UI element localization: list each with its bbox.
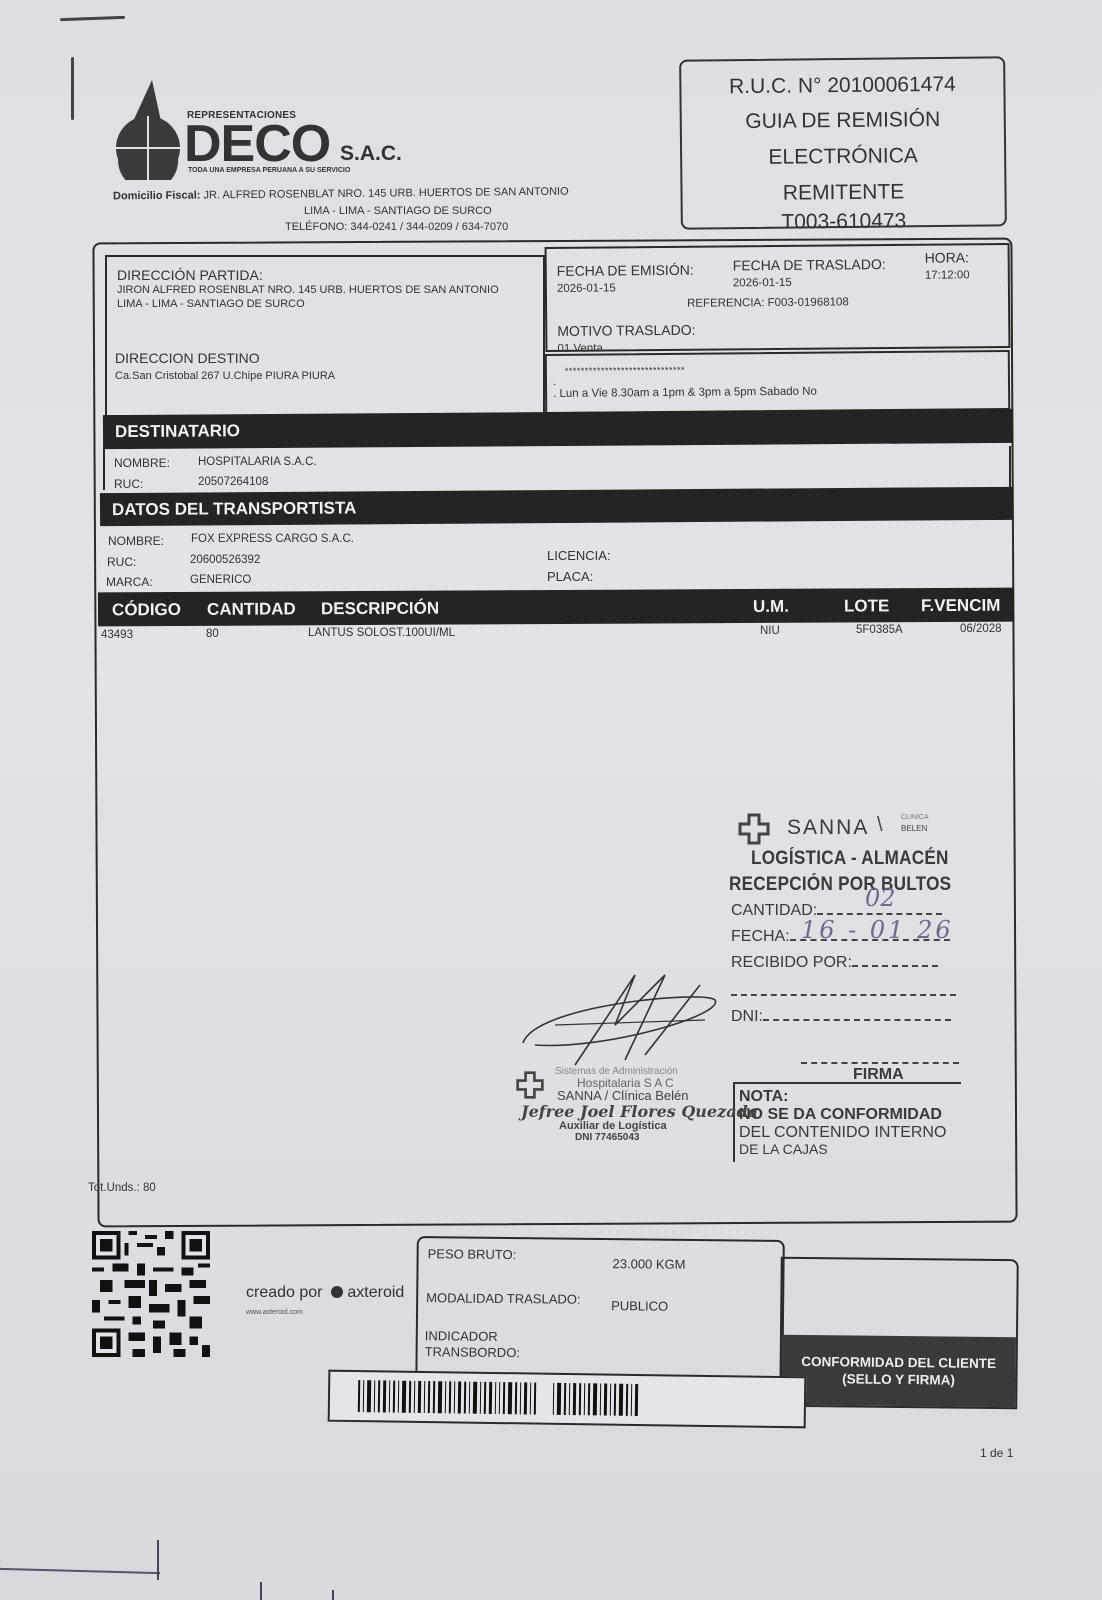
staple-mark (60, 16, 125, 21)
fiscal-address-line2: LIMA - LIMA - SANTIAGO DE SURCO (304, 205, 492, 217)
destino-value: Ca.San Cristobal 267 U.Chipe PIURA PIURA (115, 370, 335, 382)
destino-label: DIRECCION DESTINO (115, 350, 260, 366)
stamp-nota-line2: DEL CONTENIDO INTERNO (739, 1124, 946, 1142)
licencia-label: LICENCIA: (547, 548, 611, 563)
stamp-firma-line (801, 1062, 959, 1064)
emision-value: 2026-01-15 (557, 282, 616, 295)
stamp-brand: SANNA (787, 816, 869, 840)
stamp-nota-box: NOTA: NO SE DA CONFORMIDAD DEL CONTENIDO… (733, 1082, 961, 1162)
sig-name: Jefree Joel Flores Quezada (521, 1102, 758, 1121)
cell-vencim: 06/2028 (960, 623, 1002, 635)
document-page: REPRESENTACIONES DECO S.A.C. TODA UNA EM… (0, 0, 1102, 1600)
col-descripcion: DESCRIPCIÓN (321, 599, 439, 620)
col-lote: LOTE (844, 596, 889, 616)
drop-logo-icon (112, 80, 190, 180)
stamp-fecha-label: FECHA: (731, 928, 790, 945)
notes-stars: ****************************** (565, 365, 685, 376)
stamp-nota-line1: NO SE DA CONFORMIDAD (739, 1106, 942, 1124)
signature-stamp: Sistemas de Administración Hospitalaria … (515, 1068, 725, 1148)
cell-lote: 5F0385A (856, 624, 903, 636)
company-logo: REPRESENTACIONES DECO S.A.C. TODA UNA EM… (112, 80, 432, 190)
stamp-nota-line3: DE LA CAJAS (739, 1141, 828, 1157)
traslado-value: 2026-01-15 (733, 277, 792, 290)
fiscal-address-label: Domicilio Fiscal: (113, 189, 201, 202)
notes-box: ****************************** . . Lun a… (545, 350, 1011, 414)
stamp-line2: RECEPCIÓN POR BULTOS (729, 874, 951, 896)
items-table-header: CÓDIGO CANTIDAD DESCRIPCIÓN U.M. LOTE F.… (98, 588, 1014, 627)
partida-line2: LIMA - LIMA - SANTIAGO DE SURCO (117, 298, 305, 310)
stamp-line1: LOGÍSTICA - ALMACÉN (751, 848, 949, 870)
doc-serie-number: T003-610473 (683, 208, 1005, 235)
sig-dni: DNI 77465043 (575, 1132, 640, 1143)
reception-stamp: SANNA \ CLINICA BELEN LOGÍSTICA - ALMACÉ… (735, 810, 975, 1170)
col-cantidad: CANTIDAD (207, 599, 296, 619)
creado-por-text: creado por (246, 1284, 323, 1301)
sig-line2: SANNA / Clínica Belén (557, 1088, 689, 1103)
client-conformity-box: CONFORMIDAD DEL CLIENTE (SELLO Y FIRMA) (779, 1257, 1019, 1409)
cell-um: NIU (760, 625, 780, 637)
logo-tagline: TODA UNA EMPRESA PERUANA A SU SERVICIO (188, 167, 350, 174)
barcode (358, 1380, 638, 1416)
dates-box: FECHA DE EMISIÓN: 2026-01-15 FECHA DE TR… (545, 243, 1011, 352)
axteroid-brand: axteroid (347, 1284, 404, 1301)
axteroid-logo-icon (331, 1286, 343, 1298)
indicador-label1: INDICADOR (425, 1328, 498, 1344)
conformity-label: CONFORMIDAD DEL CLIENTE (SELLO Y FIRMA) (781, 1335, 1016, 1407)
cell-codigo: 43493 (101, 629, 133, 641)
trans-marca-label: MARCA: (106, 575, 153, 589)
stamp-brand-sub2: BELEN (901, 824, 927, 833)
fold-line (157, 1540, 159, 1580)
total-units: Tot.Unds.: 80 (88, 1182, 156, 1194)
referencia: REFERENCIA: F003-01968108 (687, 296, 849, 309)
hora-label: HORA: (925, 249, 969, 265)
dest-nombre-value: HOSPITALARIA S.A.C. (198, 456, 317, 468)
traslado-label: FECHA DE TRASLADO: (733, 256, 886, 273)
notes-line1: . (553, 376, 556, 388)
trans-ruc-label: RUC: (107, 555, 136, 569)
hora-value: 17:12:00 (925, 269, 970, 281)
axteroid-url: www.axteroid.com (246, 1309, 303, 1316)
transportista-section: NOMBRE: FOX EXPRESS CARGO S.A.C. RUC: 20… (100, 523, 1012, 590)
address-box: DIRECCIÓN PARTIDA: JIRON ALFRED ROSENBLA… (105, 255, 545, 417)
col-vencim: F.VENCIM (921, 596, 1000, 616)
dest-nombre-label: NOMBRE: (114, 456, 170, 470)
cell-cantidad: 80 (206, 628, 219, 640)
fiscal-address-line1: JR. ALFRED ROSENBLAT NRO. 145 URB. HUERT… (203, 186, 568, 202)
fold-line (332, 1590, 334, 1600)
doc-title-line1: GUIA DE REMISIÓN (682, 106, 1004, 135)
doc-title-line2: ELECTRÓNICA (682, 142, 1004, 171)
dest-ruc-label: RUC: (114, 477, 143, 491)
modalidad-value: PUBLICO (611, 1298, 668, 1314)
cell-descripcion: LANTUS SOLOST.100UI/ML (308, 627, 455, 639)
partida-line1: JIRON ALFRED ROSENBLAT NRO. 145 URB. HUE… (117, 284, 499, 296)
emision-label: FECHA DE EMISIÓN: (557, 262, 694, 279)
transportista-band: DATOS DEL TRANSPORTISTA (100, 487, 1013, 526)
conformity-line1: CONFORMIDAD DEL CLIENTE (782, 1353, 1016, 1372)
page-number: 1 de 1 (980, 1446, 1013, 1460)
stamp-brand-sub1: CLINICA (901, 814, 929, 821)
stamp-slash: \ (877, 814, 883, 837)
trans-marca-value: GENERICO (190, 574, 251, 586)
stamp-dashed-line (731, 994, 956, 996)
fold-line (0, 1568, 160, 1574)
dest-ruc-value: 20507264108 (198, 476, 268, 488)
sanna-cross-icon (737, 812, 771, 846)
sig-role: Auxiliar de Logística (559, 1120, 667, 1132)
barcode-box (328, 1370, 807, 1429)
indicador-label2: TRANSBORDO: (425, 1344, 520, 1360)
destinatario-section: NOMBRE: HOSPITALARIA S.A.C. RUC: 2050726… (103, 446, 1011, 490)
stamp-dni-label: DNI: (731, 1008, 763, 1025)
partida-label: DIRECCIÓN PARTIDA: (117, 267, 263, 283)
peso-label: PESO BRUTO: (428, 1246, 517, 1262)
doc-title-line3: REMITENTE (682, 178, 1004, 207)
logo-name: DECO (184, 118, 330, 170)
qr-code (92, 1230, 210, 1358)
stamp-dni: DNI: (731, 1008, 951, 1026)
stamp-cantidad-value: 02 (865, 884, 896, 912)
table-row: 43493 80 LANTUS SOLOST.100UI/ML NIU 5F03… (98, 626, 1014, 644)
handwritten-signature (515, 965, 725, 1075)
destinatario-band: DESTINATARIO (103, 409, 1013, 449)
stamp-fecha-value: 16 - 01 26 (801, 916, 954, 944)
peso-value: 23.000 KGM (612, 1256, 685, 1272)
motivo-label: MOTIVO TRASLADO: (557, 322, 695, 339)
col-codigo: CÓDIGO (112, 600, 181, 620)
creado-por: creado por axteroid (246, 1284, 404, 1302)
trans-nombre-value: FOX EXPRESS CARGO S.A.C. (191, 533, 354, 545)
ruc-number: R.U.C. N° 20100061474 (681, 72, 1003, 99)
ruc-header-box: R.U.C. N° 20100061474 GUIA DE REMISIÓN E… (679, 56, 1007, 229)
conformity-line2: (SELLO Y FIRMA) (781, 1370, 1015, 1389)
logo-suffix: S.A.C. (340, 142, 402, 166)
stamp-recibido: RECIBIDO POR: (731, 954, 938, 972)
placa-label: PLACA: (547, 569, 593, 584)
trans-nombre-label: NOMBRE: (108, 534, 164, 548)
company-phone: TELÉFONO: 344-0241 / 344-0209 / 634-7070 (285, 221, 508, 233)
notes-line2: . Lun a Vie 8.30am a 1pm & 3pm a 5pm Sab… (553, 386, 817, 400)
modalidad-label: MODALIDAD TRASLADO: (426, 1290, 581, 1307)
fold-line (260, 1582, 262, 1600)
staple-mark (71, 57, 74, 120)
trans-ruc-value: 20600526392 (190, 554, 260, 566)
stamp-recibido-label: RECIBIDO POR: (731, 954, 852, 971)
sanna-cross-icon (515, 1070, 545, 1100)
col-um: U.M. (753, 597, 789, 617)
